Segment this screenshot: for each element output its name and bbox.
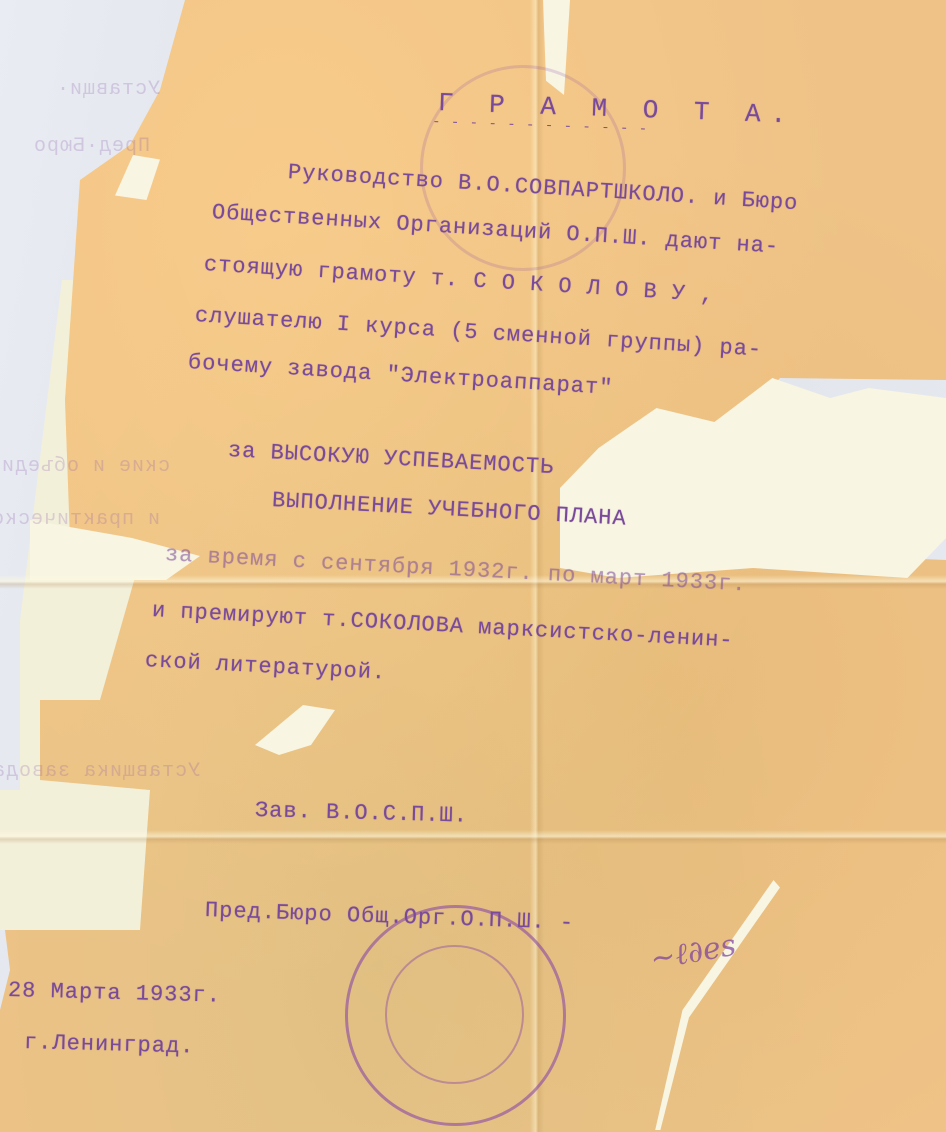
bleed-through-text: Уставщика завода [0, 760, 200, 783]
official-stamp-inner [385, 945, 524, 1084]
bleed-through-text: Уставщи· [56, 78, 160, 101]
bleed-through-text: Пред·Бюро [33, 135, 150, 158]
bleed-through-text: ские и объединения [0, 455, 170, 478]
issue-place: г.Ленинград. [24, 1030, 195, 1059]
fold-line-horizontal-2 [0, 830, 946, 844]
backing-sheet-bottom-left [0, 790, 120, 930]
bleed-through-text: и практической работы [0, 508, 160, 531]
